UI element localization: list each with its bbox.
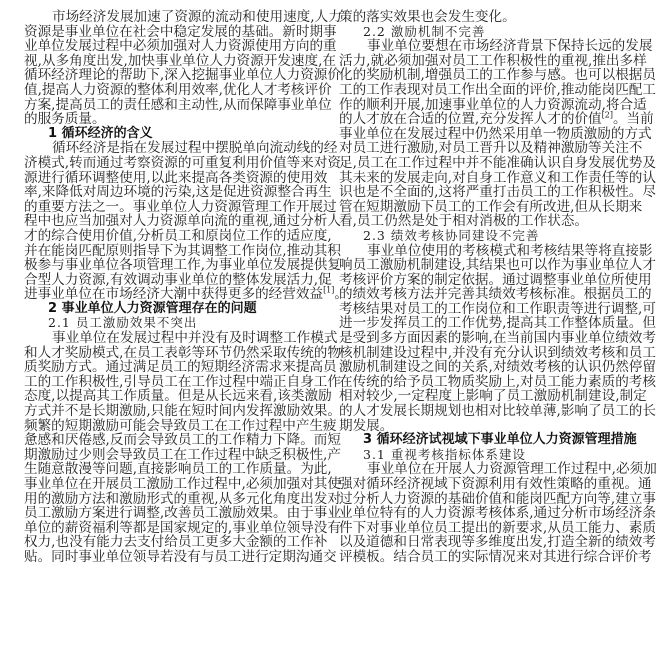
paragraph-line: 事业单位要想在市场经济背景下保持长远的发展 bbox=[339, 39, 638, 54]
paragraph-line: 是受到多方面因素的影响,在当前国内事业单位绩效考 bbox=[339, 331, 638, 346]
section-heading: 2 事业单位人力资源管理存在的问题 bbox=[24, 302, 314, 317]
paragraph-line: 进一步发挥员工的工作优势,提高其工作整体质量。但 bbox=[339, 316, 638, 331]
paragraph-line: 质奖励方式。通过满足员工的短期经济需求来提高员 bbox=[24, 360, 314, 375]
paragraph-line: 响员工激励机制建设,其结果也可以作为事业单位人才 bbox=[339, 258, 638, 273]
right-column: 策的落实效果也会发生变化。2.2 激励机制不完善事业单位要想在市场经济背景下保持… bbox=[339, 10, 638, 565]
paragraph-line: 事业单位使用的考核模式和考核结果等将直接影 bbox=[339, 244, 638, 259]
paragraph-line: 才的综合使用价值,分析员工和原岗位工作的适应度, bbox=[24, 229, 314, 244]
paragraph-line: 市场经济发展加速了资源的流动和使用速度,人力 bbox=[24, 10, 314, 25]
paragraph-line: 事业单位在开展人力资源管理工作过程中,必须加 bbox=[339, 462, 638, 477]
paragraph-line: 用的激励方法和激励形式的重视,从多元化角度出发对 bbox=[24, 492, 314, 507]
paragraph-line: 过分析人力资源的基础价值和能岗匹配方向等,建立事 bbox=[339, 492, 638, 507]
paragraph-line: 员工激励方案进行调整,改善员工激励效果。由于事业 bbox=[24, 506, 314, 521]
paragraph-line: 事业单位在发展过程中并没有及时调整工作模式 bbox=[24, 331, 314, 346]
paragraph-line: 作的顺利开展,加速事业单位的人力资源流动,将合适 bbox=[339, 98, 638, 113]
subsection-heading: 2.2 激励机制不完善 bbox=[339, 25, 638, 40]
subsection-heading: 2.3 绩效考核协同建设不完善 bbox=[339, 229, 638, 244]
left-column: 市场经济发展加速了资源的流动和使用速度,人力资源是事业单位在社会中稳定发展的基础… bbox=[24, 10, 314, 565]
paragraph-line: 的服务质量。 bbox=[24, 112, 314, 127]
paragraph-line: 循环经济是指在发展过程中摆脱单向流动线的经 bbox=[24, 141, 314, 156]
paragraph-line: 极参与事业单位各项管理工作,为事业单位发展提供复 bbox=[24, 258, 314, 273]
paragraph-line: 以及道德和日常表现等多维度出发,打造全新的绩效考 bbox=[339, 535, 638, 550]
paragraph-line: 业单位特有的人力资源考核体系,通过分析市场经济条 bbox=[339, 506, 638, 521]
paragraph-line: 策的落实效果也会发生变化。 bbox=[339, 10, 638, 25]
paragraph-line: 并在能岗匹配原则指导下为其调整工作岗位,推动其积 bbox=[24, 244, 314, 259]
citation-ref: [2] bbox=[602, 111, 613, 120]
paragraph-line: 的人才放在合适的位置,充分发挥人才的价值[2]。当前 bbox=[339, 112, 638, 127]
paragraph-line: 强对循环经济视域下资源利用有效性策略的重视。通 bbox=[339, 477, 638, 492]
paragraph-line: 值,提高人力资源的整体利用效率,优化人才考核评价 bbox=[24, 83, 314, 98]
paragraph-line: 资源是事业单位在社会中稳定发展的基础。新时期事 bbox=[24, 25, 314, 40]
paragraph-line: 方式并不是长期激励,只能在短时间内发挥激励效果。 bbox=[24, 404, 314, 419]
paragraph-line: 生随意散漫等问题,直接影响员工的工作质量。为此, bbox=[24, 462, 314, 477]
paragraph-line: 率,来降低对周边环境的污染,这是促进资源整合再生 bbox=[24, 185, 314, 200]
paragraph-line: 看,员工仍然是处于相对消极的工作状态。 bbox=[339, 214, 638, 229]
paragraph-line: 源进行循环调整使用,以此来提高各类资源的使用效 bbox=[24, 171, 314, 186]
paragraph-line: 评模板。结合员工的实际情况来对其进行综合评价考 bbox=[339, 550, 638, 565]
paragraph-line: 识也是不全面的,这将严重打击员工的工作积极性。尽 bbox=[339, 185, 638, 200]
paragraph-line: 贴。同时事业单位领导若没有与员工进行定期沟通交 bbox=[24, 550, 314, 565]
paragraph-line: 进事业单位在市场经济大潮中获得更多的经营效益[1]。 bbox=[24, 287, 314, 302]
paragraph-line: 对员工进行激励,对员工晋升以及精神激励等关注不 bbox=[339, 141, 638, 156]
paragraph-line: 事业单位在开展员工激励工作过程中,必须加强对其使 bbox=[24, 477, 314, 492]
paragraph-line: 其未来的发展走向,对自身工作意义和工作责任等的认 bbox=[339, 171, 638, 186]
paragraph-line: 相对较少,一定程度上影响了员工激励机制建设,制定 bbox=[339, 389, 638, 404]
paragraph-line: 惫感和厌倦感,反而会导致员工的工作精力下降。而短 bbox=[24, 433, 314, 448]
paragraph-line: 的绩效考核方法并完善其绩效考核标准。根据员工的 bbox=[339, 287, 638, 302]
paragraph-line: 业单位发展过程中必须加强对人力资源使用方向的重 bbox=[24, 39, 314, 54]
paragraph-line: 态度,以提高其工作质量。但是从长远来看,该类激励 bbox=[24, 389, 314, 404]
paragraph-line: 权力,也没有能力去支付给员工更多大金额的工作补 bbox=[24, 535, 314, 550]
paragraph-line: 济模式,转而通过考察资源的可重复利用价值等来对资 bbox=[24, 156, 314, 171]
paragraph-line: 足,员工在工作过程中并不能准确认识自身发展优势及 bbox=[339, 156, 638, 171]
paragraph-line: 方案,提高员工的责任感和主动性,从而保障事业单位 bbox=[24, 98, 314, 113]
citation-ref: [1] bbox=[323, 286, 334, 295]
paragraph-line: 循环经济理论的帮助下,深入挖掘事业单位人力资源价 bbox=[24, 68, 314, 83]
paragraph-line: 的人才发展长期规划也相对比较单薄,影响了员工的长 bbox=[339, 404, 638, 419]
section-heading: 3 循环经济试视域下事业单位人力资源管理措施 bbox=[339, 433, 638, 448]
paragraph-line: 工的工作表现对员工作出全面的评价,推动能岗匹配工 bbox=[339, 83, 638, 98]
paragraph-line: 化的奖励机制,增强员工的工作参与感。也可以根据员 bbox=[339, 68, 638, 83]
paragraph-line: 程中也应当加强对人力资源单向流的重视,通过分析人 bbox=[24, 214, 314, 229]
paragraph-line: 激励机制建设之间的关系,对绩效考核的认识仍然停留 bbox=[339, 360, 638, 375]
subsection-heading: 2.1 员工激励效果不突出 bbox=[24, 316, 314, 331]
